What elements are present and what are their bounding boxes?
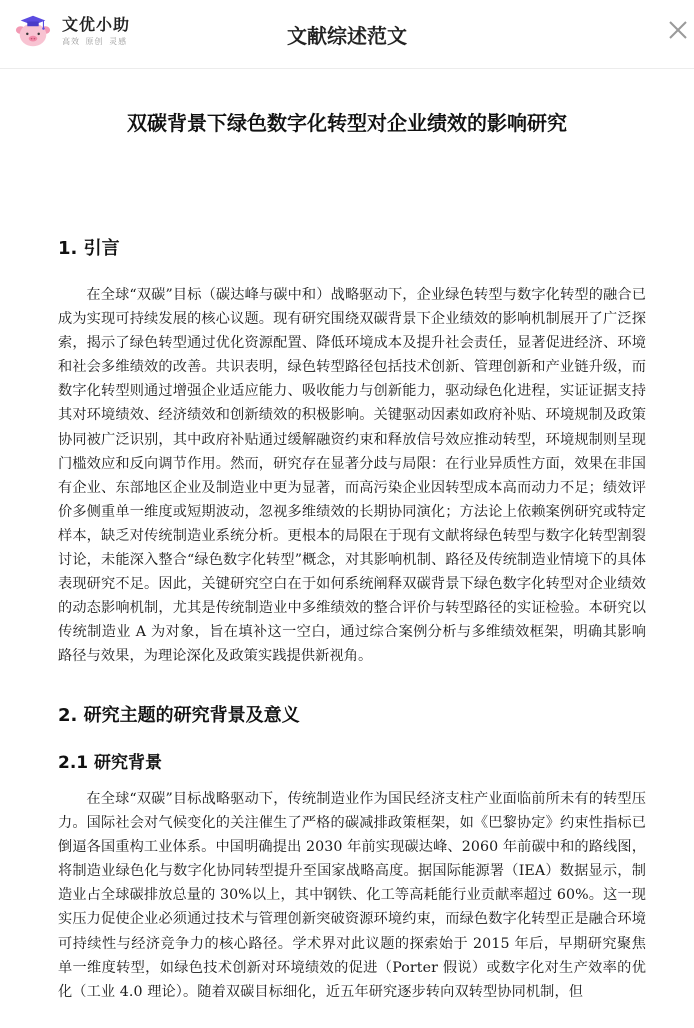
section-heading-introduction: 1. 引言 [58,234,120,260]
subsection-heading-background: 2.1 研究背景 [58,748,162,773]
document-title: 双碳背景下绿色数字化转型对企业绩效的影响研究 [0,107,694,136]
section-heading-background-significance: 2. 研究主题的研究背景及意义 [58,701,300,727]
app-header: 文优小助 高效 原创 灵感 文献综述范文 [0,0,694,69]
paragraph-background: 在全球“双碳”目标战略驱动下，传统制造业作为国民经济支柱产业面临前所未有的转型压… [58,787,646,1004]
close-button[interactable] [666,18,690,42]
close-icon [666,18,690,42]
paragraph-introduction: 在全球“双碳”目标（碳达峰与碳中和）战略驱动下，企业绿色转型与数字化转型的融合已… [58,283,646,669]
page-title: 文献综述范文 [0,20,694,49]
